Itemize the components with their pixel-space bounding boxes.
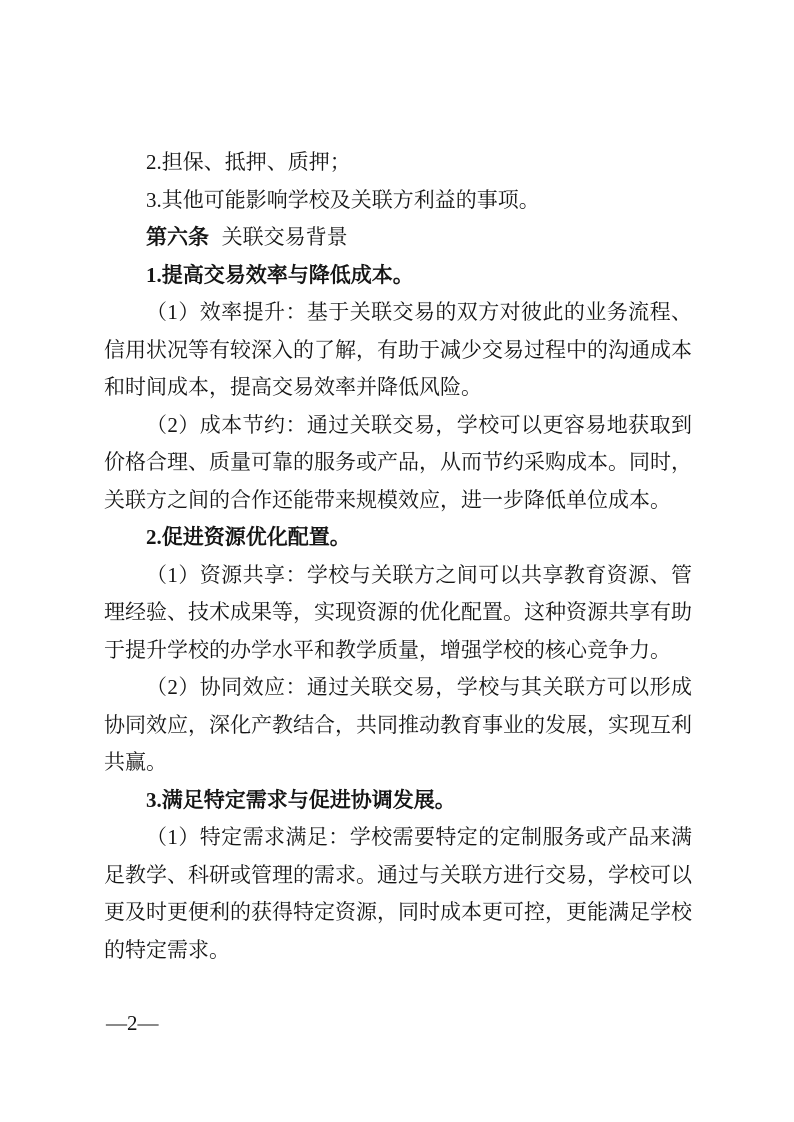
body-paragraph: （1）资源共享：学校与关联方之间可以共享教育资源、管理经验、技术成果等，实现资源… — [104, 557, 692, 670]
section-heading: 3.满足特定需求与促进协调发展。 — [104, 782, 692, 820]
article-heading: 第六条关联交易背景 — [104, 219, 692, 257]
section-heading: 1.提高交易效率与降低成本。 — [104, 257, 692, 295]
body-paragraph: 3.其他可能影响学校及关联方利益的事项。 — [104, 182, 692, 220]
body-paragraph: 2.担保、抵押、质押； — [104, 144, 692, 182]
article-title: 关联交易背景 — [222, 225, 348, 249]
body-paragraph: （1）特定需求满足：学校需要特定的定制服务或产品来满足教学、科研或管理的需求。通… — [104, 819, 692, 969]
article-number: 第六条 — [146, 225, 209, 249]
section-heading: 2.促进资源优化配置。 — [104, 519, 692, 557]
body-paragraph: （1）效率提升：基于关联交易的双方对彼此的业务流程、信用状况等有较深入的了解，有… — [104, 294, 692, 407]
page-number: —2— — [106, 1005, 159, 1043]
body-paragraph: （2）协同效应：通过关联交易，学校与其关联方可以形成协同效应，深化产教结合，共同… — [104, 669, 692, 782]
document-body: 2.担保、抵押、质押；3.其他可能影响学校及关联方利益的事项。第六条关联交易背景… — [104, 144, 692, 969]
document-page: 2.担保、抵押、质押；3.其他可能影响学校及关联方利益的事项。第六条关联交易背景… — [0, 0, 794, 1122]
body-paragraph: （2）成本节约：通过关联交易，学校可以更容易地获取到价格合理、质量可靠的服务或产… — [104, 407, 692, 520]
